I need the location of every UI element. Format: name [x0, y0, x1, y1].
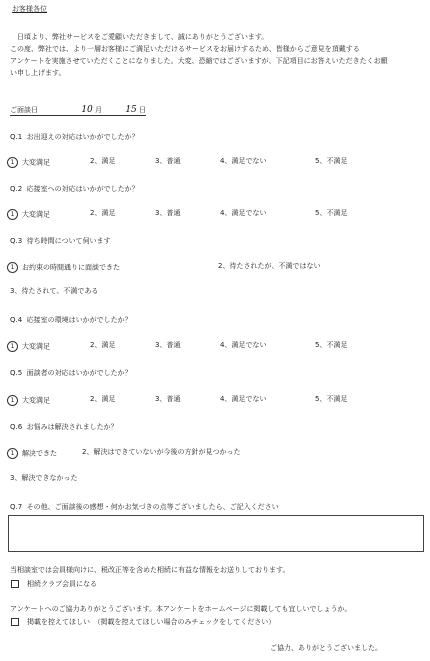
- q2-option-2[interactable]: 2、満足: [90, 209, 115, 218]
- newsletter-text: 当相談室では会員様向けに、税改正等を含めた相続に有益な情報をお送りしております。: [10, 566, 289, 575]
- newsletter-checkbox-row[interactable]: 相続クラブ会員になる: [11, 580, 97, 589]
- q6-option-2[interactable]: 2、解決はできていないが今後の方針が見つかった: [82, 448, 240, 457]
- q3-option-2[interactable]: 2、待たされたが、不満ではない: [218, 262, 320, 271]
- q3-option-1[interactable]: 1お約束の時間通りに面談できた: [7, 262, 120, 273]
- question-1-text: お出迎えの対応はいかがでしたか？: [27, 133, 139, 141]
- q1-option-3[interactable]: 3、普通: [155, 157, 180, 166]
- q2-option-1[interactable]: 1大変満足: [7, 209, 50, 220]
- selected-circle-mark: 1: [7, 395, 18, 406]
- intro-line-2: この度、弊社では、より一層お客様にご満足いただけるサービスをお届けするため、皆様…: [10, 45, 360, 54]
- selected-circle-mark: 1: [7, 341, 18, 352]
- q4-option-1[interactable]: 1大変満足: [7, 341, 50, 352]
- intro-line-1: 日頃より、弊社サービスをご愛顧いただきまして、誠にありがとうございます。: [10, 33, 268, 42]
- q5-option-4[interactable]: 4、満足でない: [220, 395, 266, 404]
- question-4-id: Q.4: [10, 316, 22, 324]
- q2-option-4[interactable]: 4、満足でない: [220, 209, 266, 218]
- question-6-text: お悩みは解決されましたか？: [27, 423, 118, 431]
- question-5: Q.5 面談者の対応はいかがでしたか？: [10, 369, 132, 378]
- date-day-field[interactable]: 15: [125, 105, 136, 115]
- comment-textarea[interactable]: [8, 515, 424, 552]
- question-7-text: その他、ご面談後の感想・何かお気づきの点等ございましたら、ご記入ください: [27, 503, 279, 511]
- q2-option-5[interactable]: 5、不満足: [315, 209, 347, 218]
- question-6-id: Q.6: [10, 423, 22, 431]
- question-2-id: Q.2: [10, 185, 22, 193]
- question-3: Q.3 待ち時間について伺います: [10, 237, 111, 246]
- date-month-field[interactable]: 10: [81, 105, 92, 115]
- q6-option-1[interactable]: 1解決できた: [7, 448, 57, 459]
- date-label: ご面談日: [10, 106, 68, 116]
- question-7: Q.7 その他、ご面談後の感想・何かお気づきの点等ございましたら、ご記入ください: [10, 503, 279, 512]
- question-7-id: Q.7: [10, 503, 22, 511]
- salutation: お客様各位: [12, 5, 47, 14]
- question-2-text: 応接室への対応はいかがでしたか？: [27, 185, 139, 193]
- question-2: Q.2 応接室への対応はいかがでしたか？: [10, 185, 139, 194]
- q1-option-2[interactable]: 2、満足: [90, 157, 115, 166]
- publish-checkbox-label: 掲載を控えてほしい （掲載を控えてほしい場合のみチェックをしてください）: [27, 618, 275, 626]
- question-3-text: 待ち時間について伺います: [27, 237, 111, 245]
- q2-option-3[interactable]: 3、普通: [155, 209, 180, 218]
- q1-option-4[interactable]: 4、満足でない: [220, 157, 266, 166]
- consultation-date: ご面談日10 月15 日: [10, 106, 146, 116]
- newsletter-checkbox-label: 相続クラブ会員になる: [27, 580, 97, 588]
- q4-option-2[interactable]: 2、満足: [90, 341, 115, 350]
- closing-text: ご協力、ありがとうございました。: [270, 644, 382, 653]
- q4-option-3[interactable]: 3、普通: [155, 341, 180, 350]
- q5-option-5[interactable]: 5、不満足: [315, 395, 347, 404]
- selected-circle-mark: 1: [7, 262, 18, 273]
- question-5-text: 面談者の対応はいかがでしたか？: [27, 369, 132, 377]
- q3-option-3[interactable]: 3、待たされて、不満である: [10, 287, 98, 296]
- q6-option-3[interactable]: 3、解決できなかった: [10, 474, 77, 483]
- question-1-id: Q.1: [10, 133, 22, 141]
- q1-option-1[interactable]: 1大変満足: [7, 157, 50, 168]
- q4-option-5[interactable]: 5、不満足: [315, 341, 347, 350]
- q5-option-3[interactable]: 3、普通: [155, 395, 180, 404]
- date-month-unit: 月: [95, 106, 102, 114]
- checkbox-icon[interactable]: [11, 618, 19, 626]
- selected-circle-mark: 1: [7, 209, 18, 220]
- intro-line-3: アンケートを実施させていただくことになりました。大変、恐縮ではございますが、下記…: [10, 57, 388, 66]
- q1-option-5[interactable]: 5、不満足: [315, 157, 347, 166]
- q4-option-4[interactable]: 4、満足でない: [220, 341, 266, 350]
- selected-circle-mark: 1: [7, 448, 18, 459]
- checkbox-icon[interactable]: [11, 580, 19, 588]
- selected-circle-mark: 1: [7, 157, 18, 168]
- question-4-text: 応接室の環境はいかがでしたか？: [27, 316, 132, 324]
- question-1: Q.1 お出迎えの対応はいかがでしたか？: [10, 133, 139, 142]
- publish-text: アンケートへのご協力ありがとうございます。本アンケートをホームページに掲載しても…: [10, 605, 351, 614]
- question-3-id: Q.3: [10, 237, 22, 245]
- intro-line-4: い申し上げます。: [10, 69, 65, 78]
- date-day-unit: 日: [139, 106, 146, 114]
- q5-option-2[interactable]: 2、満足: [90, 395, 115, 404]
- question-6: Q.6 お悩みは解決されましたか？: [10, 423, 118, 432]
- question-5-id: Q.5: [10, 369, 22, 377]
- question-4: Q.4 応接室の環境はいかがでしたか？: [10, 316, 132, 325]
- q5-option-1[interactable]: 1大変満足: [7, 395, 50, 406]
- publish-checkbox-row[interactable]: 掲載を控えてほしい （掲載を控えてほしい場合のみチェックをしてください）: [11, 618, 275, 627]
